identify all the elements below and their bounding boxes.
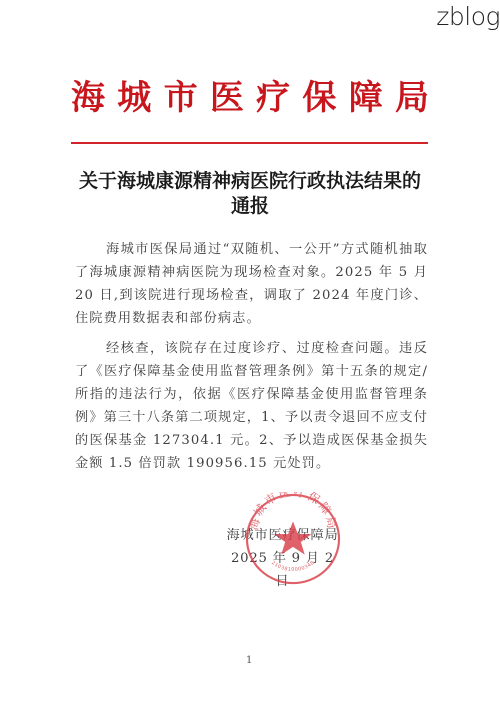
signature-date: 2025 年 9 月 2 日 xyxy=(225,547,340,593)
body-paragraph-1: 海城市医保局通过“双随机、一公开”方式随机抽取了海城康源精神病医院为现场检查对象… xyxy=(75,238,428,330)
org-char: 障 xyxy=(349,76,383,120)
org-char: 疗 xyxy=(256,76,290,120)
organization-header: 海 城 市 医 疗 保 障 局 xyxy=(71,76,429,120)
page-number: 1 xyxy=(246,655,252,666)
title-line-1: 关于海城康源精神病医院行政执法结果的 xyxy=(60,169,440,194)
title-line-2: 通报 xyxy=(60,194,440,219)
org-char: 城 xyxy=(117,76,151,120)
watermark: zblog xyxy=(436,2,500,31)
document-title: 关于海城康源精神病医院行政执法结果的 通报 xyxy=(60,169,440,219)
org-char: 海 xyxy=(71,76,105,120)
header-divider xyxy=(71,142,428,144)
org-char: 医 xyxy=(210,76,244,120)
org-char: 保 xyxy=(302,76,336,120)
org-char: 局 xyxy=(395,76,429,120)
body-paragraph-2: 经核查，该院存在过度诊疗、过度检查问题。违反了《医疗保障基金使用监督管理条例》第… xyxy=(75,337,428,475)
signature-organization: 海城市医疗保障局 xyxy=(225,524,340,547)
org-char: 市 xyxy=(164,76,198,120)
